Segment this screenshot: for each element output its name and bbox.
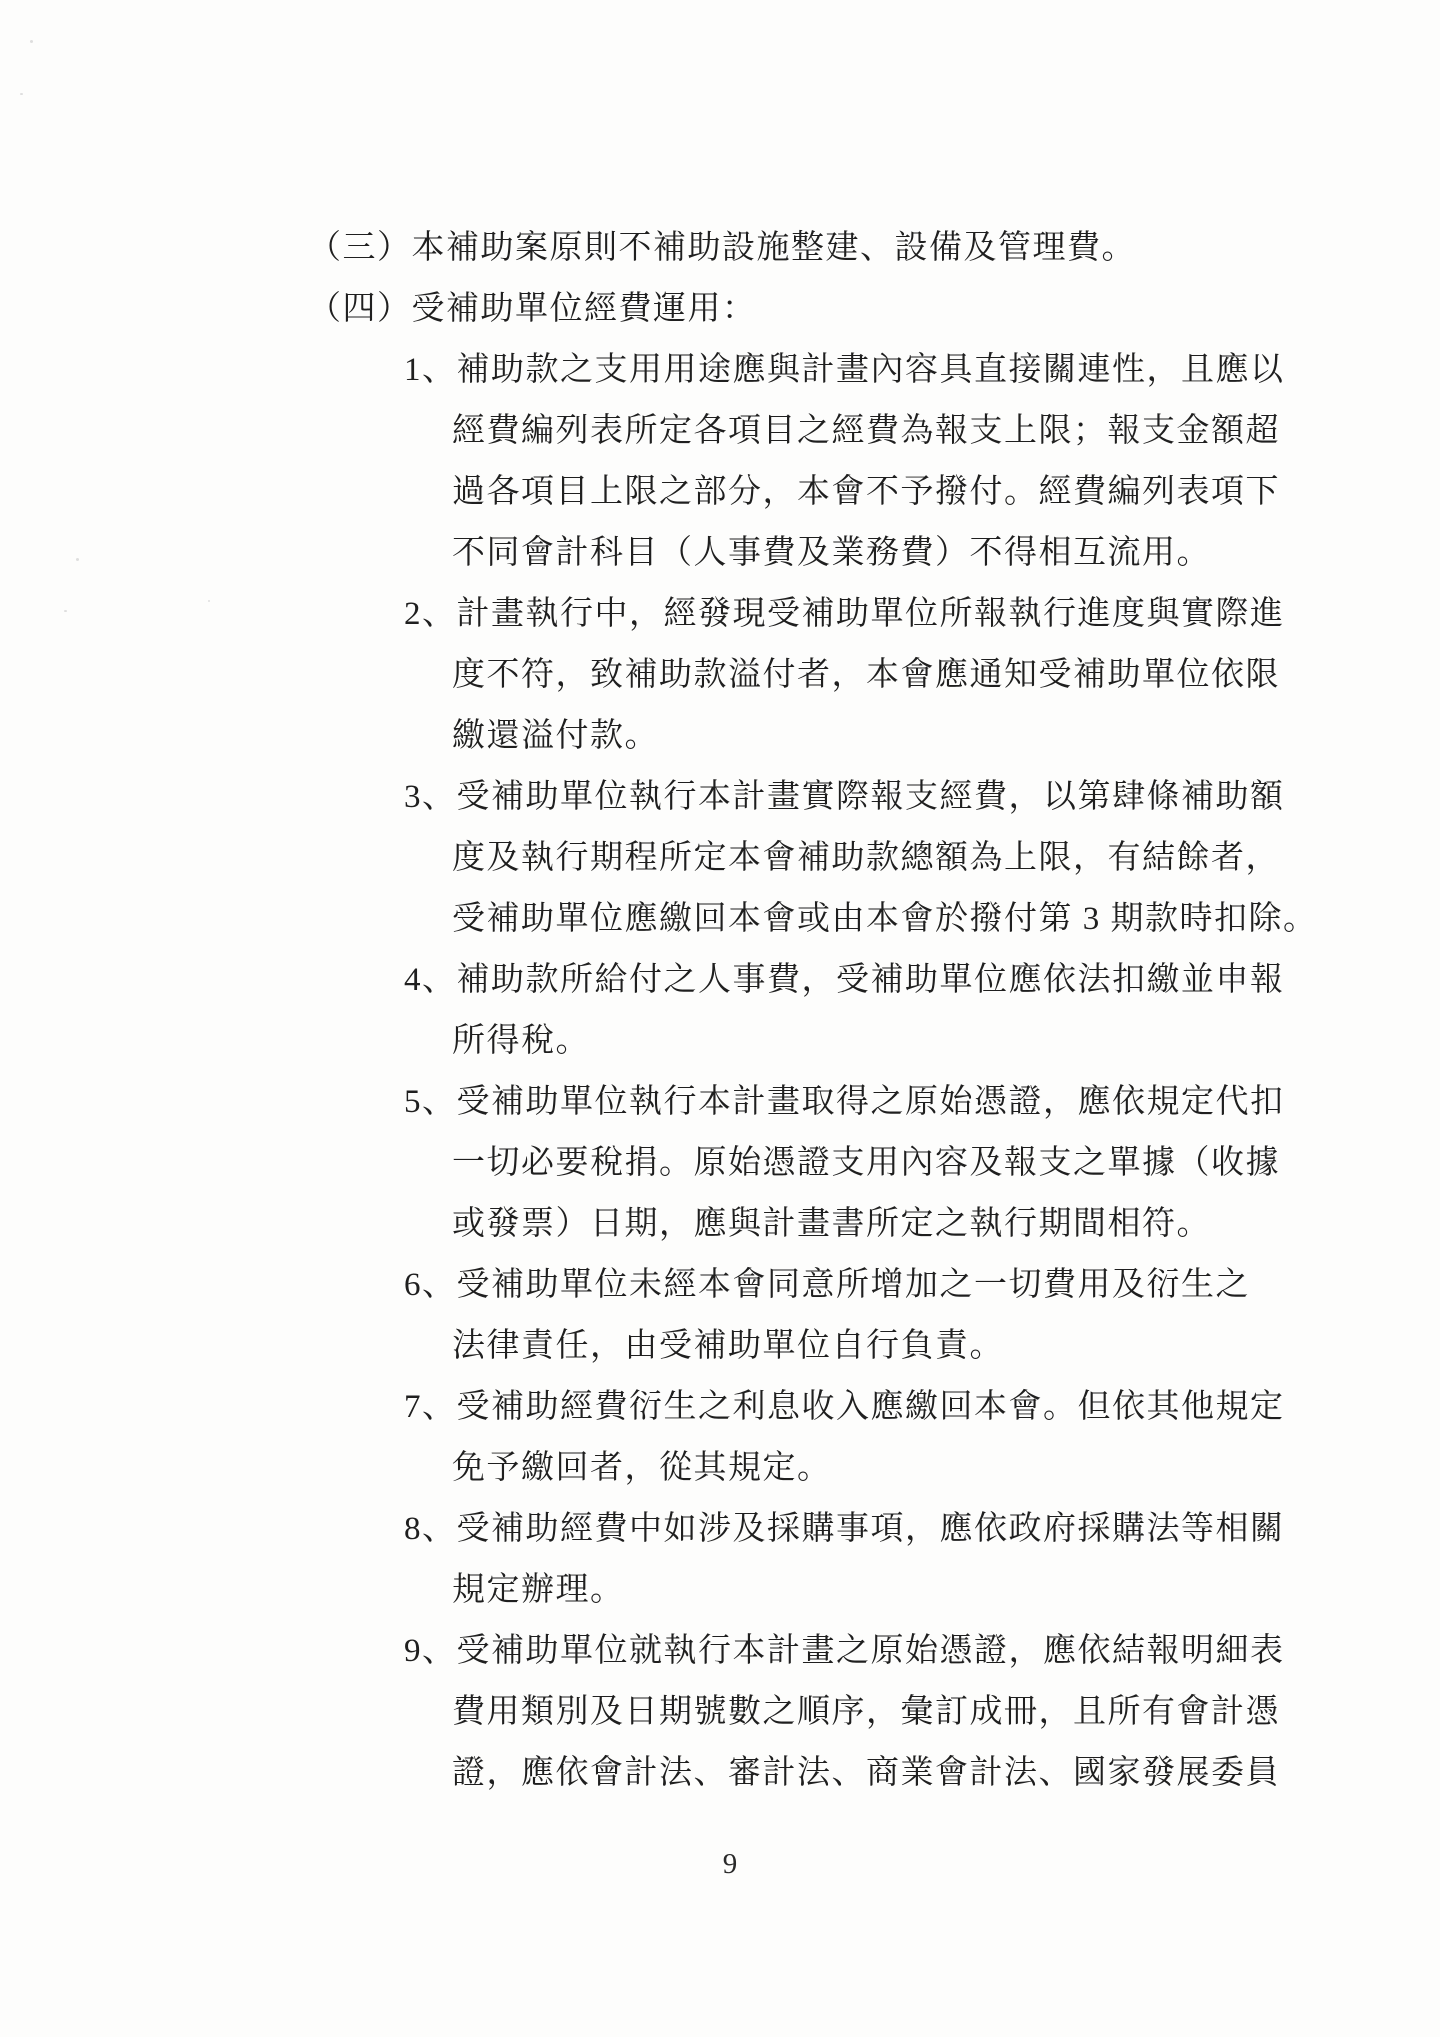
text-line: 證，應依會計法、審計法、商業會計法、國家發展委員 xyxy=(0,1739,1440,1800)
text-line: （三）本補助案原則不補助設施整建、設備及管理費。 xyxy=(0,214,1440,275)
text-line: 度及執行期程所定本會補助款總額為上限，有結餘者， xyxy=(0,824,1440,885)
text-line: 規定辦理。 xyxy=(0,1556,1440,1617)
page-number: 9 xyxy=(0,1848,1440,1881)
text-line: 費用類別及日期號數之順序，彙訂成冊，且所有會計憑 xyxy=(0,1678,1440,1739)
text-line: 所得稅。 xyxy=(0,1007,1440,1068)
text-line: 一切必要稅捐。原始憑證支用內容及報支之單據（收據 xyxy=(0,1129,1440,1190)
text-line: 法律責任，由受補助單位自行負責。 xyxy=(0,1312,1440,1373)
text-line: 4、補助款所給付之人事費，受補助單位應依法扣繳並申報 xyxy=(0,946,1440,1007)
text-line: （四）受補助單位經費運用： xyxy=(0,275,1440,336)
text-line: 2、計畫執行中，經發現受補助單位所報執行進度與實際進 xyxy=(0,580,1440,641)
text-line: 3、受補助單位執行本計畫實際報支經費，以第肆條補助額 xyxy=(0,763,1440,824)
text-line: 或發票）日期，應與計畫書所定之執行期間相符。 xyxy=(0,1190,1440,1251)
text-line: 度不符，致補助款溢付者，本會應通知受補助單位依限 xyxy=(0,641,1440,702)
document-page: （三）本補助案原則不補助設施整建、設備及管理費。 （四）受補助單位經費運用： 1… xyxy=(0,0,1440,2037)
text-line: 5、受補助單位執行本計畫取得之原始憑證，應依規定代扣 xyxy=(0,1068,1440,1129)
text-line: 不同會計科目（人事費及業務費）不得相互流用。 xyxy=(0,519,1440,580)
text-line: 受補助單位應繳回本會或由本會於撥付第 3 期款時扣除。 xyxy=(0,885,1440,946)
scan-speck xyxy=(20,93,23,95)
document-body: （三）本補助案原則不補助設施整建、設備及管理費。 （四）受補助單位經費運用： 1… xyxy=(0,214,1440,1800)
text-line: 6、受補助單位未經本會同意所增加之一切費用及衍生之 xyxy=(0,1251,1440,1312)
scan-speck xyxy=(30,40,33,43)
text-line: 7、受補助經費衍生之利息收入應繳回本會。但依其他規定 xyxy=(0,1373,1440,1434)
text-line: 9、受補助單位就執行本計畫之原始憑證，應依結報明細表 xyxy=(0,1617,1440,1678)
text-line: 8、受補助經費中如涉及採購事項，應依政府採購法等相關 xyxy=(0,1495,1440,1556)
text-line: 1、補助款之支用用途應與計畫內容具直接關連性，且應以 xyxy=(0,336,1440,397)
text-line: 繳還溢付款。 xyxy=(0,702,1440,763)
text-line: 免予繳回者，從其規定。 xyxy=(0,1434,1440,1495)
text-line: 經費編列表所定各項目之經費為報支上限；報支金額超 xyxy=(0,397,1440,458)
text-line: 過各項目上限之部分，本會不予撥付。經費編列表項下 xyxy=(0,458,1440,519)
